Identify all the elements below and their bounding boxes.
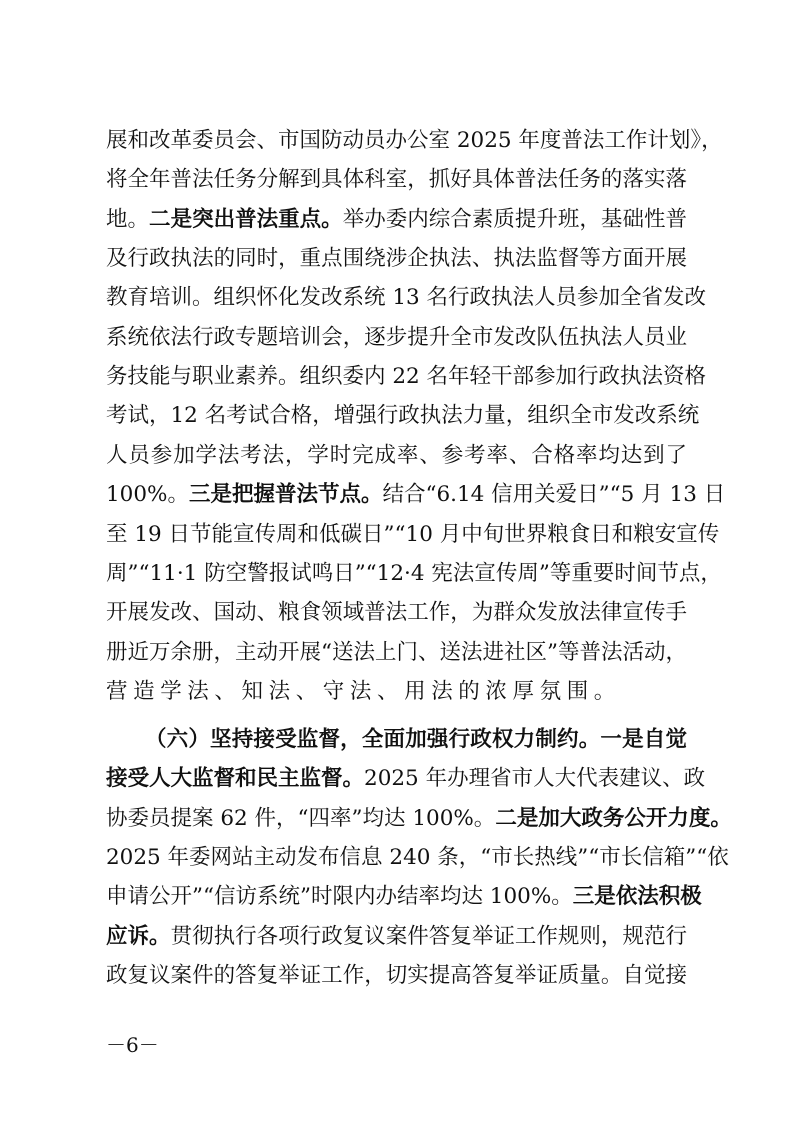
text-line: 100%。三是把握普法节点。结合“6.14 信用关爱日”“5 月 13 日 bbox=[106, 480, 687, 510]
body-text: 务技能与职业素养。组织委内 22 名年轻干部参加行政执法资格 bbox=[106, 364, 706, 389]
body-text: 2025 年委网站主动发布信息 240 条，“市长热线”“市长信箱”“依 bbox=[106, 845, 729, 870]
text-line: 展和改革委员会、市国防动员办公室 2025 年度普法工作计划》， bbox=[106, 126, 687, 156]
bold-text: 三是把握普法节点。 bbox=[189, 482, 383, 507]
text-line: 开展发改、国动、粮食领域普法工作，为群众发放法律宣传手 bbox=[106, 598, 687, 628]
body-text: 系统依法行政专题培训会，逐步提升全市发改队伍执法人员业 bbox=[106, 325, 687, 350]
body-text: 协委员提案 62 件，“四率”均达 100%。 bbox=[106, 806, 495, 831]
body-text: 展和改革委员会、市国防动员办公室 2025 年度普法工作计划》， bbox=[106, 128, 723, 153]
text-line: 务技能与职业素养。组织委内 22 名年轻干部参加行政执法资格 bbox=[106, 362, 687, 392]
body-text: 地。 bbox=[106, 207, 149, 232]
bold-text: 二是加大政务公开力度。 bbox=[495, 806, 732, 831]
bold-text: 二是突出普法重点。 bbox=[149, 207, 343, 232]
body-text: 开展发改、国动、粮食领域普法工作，为群众发放法律宣传手 bbox=[106, 600, 687, 625]
body-text: 人员参加学法考法，学时完成率、参考率、合格率均达到了 bbox=[106, 443, 687, 468]
body-text: 申请公开”“信访系统”时限内办结率均达 100%。 bbox=[106, 884, 573, 909]
body-text: 营造学法、知法、守法、用法的浓厚氛围。 bbox=[106, 679, 621, 704]
bold-text: 接受人大监督和民主监督。 bbox=[106, 766, 364, 791]
text-line: 营造学法、知法、守法、用法的浓厚氛围。 bbox=[106, 677, 687, 707]
text-line: 周”“11·1 防空警报试鸣日”“12·4 宪法宣传周”等重要时间节点， bbox=[106, 559, 687, 589]
text-line: 地。二是突出普法重点。举办委内综合素质提升班，基础性普 bbox=[106, 205, 687, 235]
body-text: 举办委内综合素质提升班，基础性普 bbox=[343, 207, 687, 232]
body-text: 结合“6.14 信用关爱日”“5 月 13 日 bbox=[382, 482, 725, 507]
body-text: 至 19 日节能宣传周和低碳日”“10 月中旬世界粮食日和粮安宣传 bbox=[106, 522, 719, 547]
bold-text: 三是依法积极 bbox=[573, 884, 702, 909]
body-text: 将全年普法任务分解到具体科室，抓好具体普法任务的落实落 bbox=[106, 167, 687, 192]
bold-text: 应诉。 bbox=[106, 924, 171, 949]
body-text: 册近万余册，主动开展“送法上门、送法进社区”等普法活动， bbox=[106, 640, 687, 665]
text-line: 2025 年委网站主动发布信息 240 条，“市长热线”“市长信箱”“依 bbox=[106, 843, 687, 873]
text-line: 申请公开”“信访系统”时限内办结率均达 100%。三是依法积极 bbox=[106, 882, 687, 912]
body-text: 100%。 bbox=[106, 482, 189, 507]
text-line: 人员参加学法考法，学时完成率、参考率、合格率均达到了 bbox=[106, 441, 687, 471]
text-line: 将全年普法任务分解到具体科室，抓好具体普法任务的落实落 bbox=[106, 165, 687, 195]
text-line: 至 19 日节能宣传周和低碳日”“10 月中旬世界粮食日和粮安宣传 bbox=[106, 520, 687, 550]
body-text: 考试，12 名考试合格，增强行政执法力量，组织全市发改系统 bbox=[106, 403, 699, 428]
text-line: 协委员提案 62 件，“四率”均达 100%。二是加大政务公开力度。 bbox=[106, 804, 687, 834]
body-text: 及行政执法的同时，重点围绕涉企执法、执法监督等方面开展 bbox=[106, 246, 687, 271]
body-text: 教育培训。组织怀化发改系统 13 名行政执法人员参加全省发改 bbox=[106, 285, 706, 310]
text-line: 考试，12 名考试合格，增强行政执法力量，组织全市发改系统 bbox=[106, 401, 687, 431]
text-line: 及行政执法的同时，重点围绕涉企执法、执法监督等方面开展 bbox=[106, 244, 687, 274]
text-line: 政复议案件的答复举证工作，切实提高答复举证质量。自觉接 bbox=[106, 961, 687, 991]
text-line: 应诉。贯彻执行各项行政复议案件答复举证工作规则，规范行 bbox=[106, 922, 687, 952]
body-text: 2025 年办理省市人大代表建议、政 bbox=[364, 766, 705, 791]
body-text: 贯彻执行各项行政复议案件答复举证工作规则，规范行 bbox=[171, 924, 687, 949]
document-page: 展和改革委员会、市国防动员办公室 2025 年度普法工作计划》，将全年普法任务分… bbox=[0, 0, 793, 1122]
bold-text: （六）坚持接受监督，全面加强行政权力制约。一是自觉 bbox=[145, 727, 687, 752]
text-line: 接受人大监督和民主监督。2025 年办理省市人大代表建议、政 bbox=[106, 764, 687, 794]
text-line: 系统依法行政专题培训会，逐步提升全市发改队伍执法人员业 bbox=[106, 323, 687, 353]
text-line: 教育培训。组织怀化发改系统 13 名行政执法人员参加全省发改 bbox=[106, 283, 687, 313]
text-line: 册近万余册，主动开展“送法上门、送法进社区”等普法活动， bbox=[106, 638, 687, 668]
body-text: 政复议案件的答复举证工作，切实提高答复举证质量。自觉接 bbox=[106, 963, 687, 988]
page-number: －6－ bbox=[106, 1031, 159, 1059]
body-text: 周”“11·1 防空警报试鸣日”“12·4 宪法宣传周”等重要时间节点， bbox=[106, 561, 722, 586]
text-line: （六）坚持接受监督，全面加强行政权力制约。一是自觉 bbox=[145, 725, 687, 755]
